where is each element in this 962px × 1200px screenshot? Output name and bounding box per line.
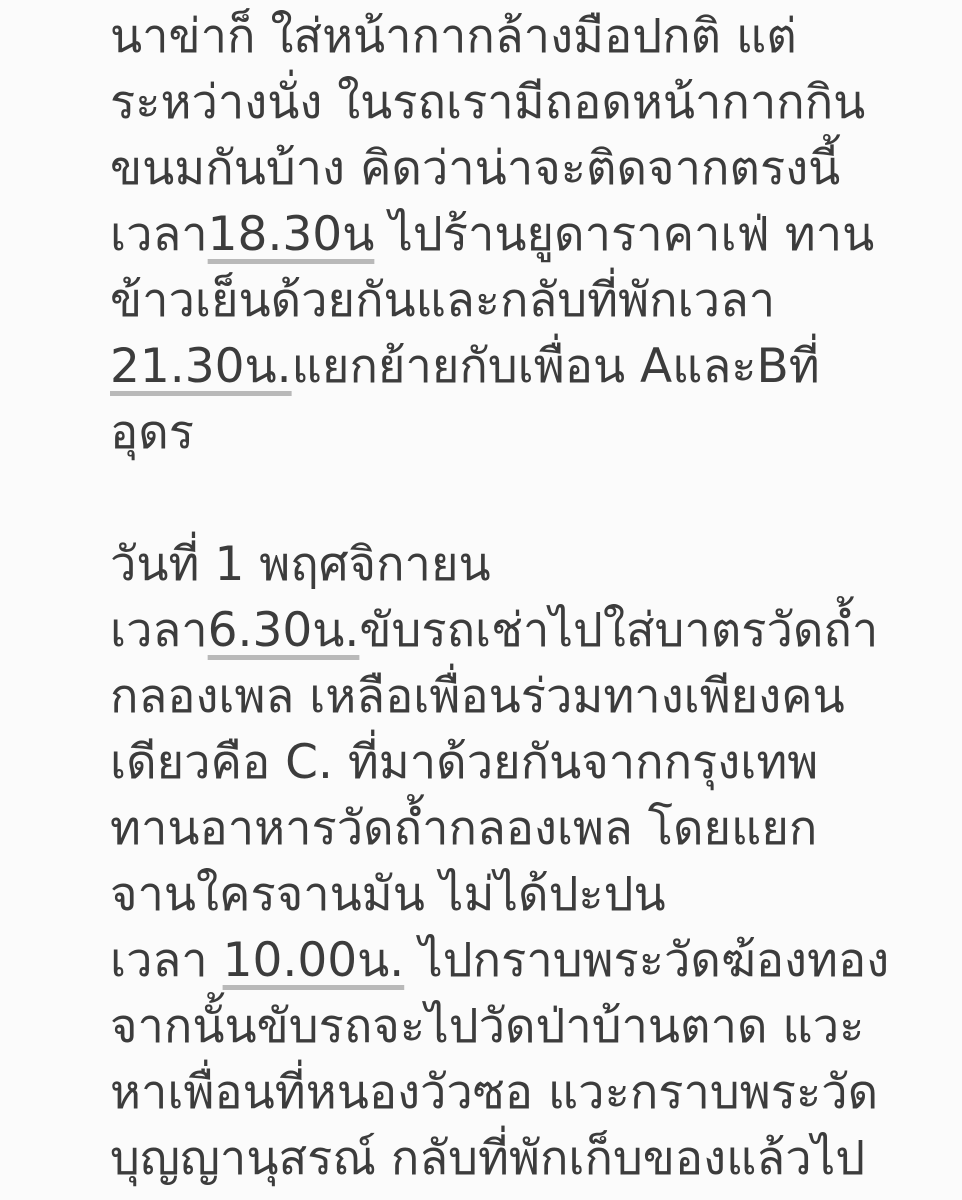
note-line: ทานอาหารวัดถ้ำกลองเพล โดยแยก bbox=[110, 796, 962, 862]
note-screenshot: นาข่าก็ ใส่หน้ากากล้างมือปกติ แต่ระหว่าง… bbox=[0, 0, 962, 1200]
note-text: ไปร้านยูดาราคาเฟ่ ทาน bbox=[374, 207, 874, 262]
detected-time-link[interactable]: 6.30น. bbox=[208, 603, 360, 658]
note-text: วันที่ 1 พฤศจิกายน bbox=[110, 537, 491, 592]
note-text: อุดร bbox=[110, 405, 194, 460]
note-text: นาข่าก็ ใส่หน้ากากล้างมือปกติ แต่ bbox=[110, 9, 797, 64]
note-text: ข้าวเย็นด้วยกันและกลับที่พักเวลา bbox=[110, 273, 775, 328]
detected-time-link[interactable]: 10.00น. bbox=[223, 933, 405, 988]
note-text: บุญญานุสรณ์ กลับที่พักเก็บของแล้วไป bbox=[110, 1131, 865, 1186]
note-line: บุญญานุสรณ์ กลับที่พักเก็บของแล้วไป bbox=[110, 1126, 962, 1192]
note-text: เวลา bbox=[110, 603, 208, 658]
note-body: นาข่าก็ ใส่หน้ากากล้างมือปกติ แต่ระหว่าง… bbox=[110, 4, 962, 1192]
detected-time-link[interactable]: 18.30น bbox=[208, 207, 375, 262]
note-line: ระหว่างนั่ง ในรถเรามีถอดหน้ากากกิน bbox=[110, 70, 962, 136]
note-line: นาข่าก็ ใส่หน้ากากล้างมือปกติ แต่ bbox=[110, 4, 962, 70]
note-blank-line bbox=[110, 466, 962, 532]
note-text: หาเพื่อนที่หนองวัวซอ แวะกราบพระวัด bbox=[110, 1065, 878, 1120]
note-text: ขับรถเช่าไปใส่บาตรวัดถ้ำ bbox=[359, 603, 878, 658]
note-text: ทานอาหารวัดถ้ำกลองเพล โดยแยก bbox=[110, 801, 817, 856]
note-text: เวลา bbox=[110, 207, 208, 262]
note-text: ขนมกันบ้าง คิดว่าน่าจะติดจากตรงนี้ bbox=[110, 141, 840, 196]
note-line: วันที่ 1 พฤศจิกายน bbox=[110, 532, 962, 598]
note-line: จานใครจานมัน ไม่ได้ปะปน bbox=[110, 862, 962, 928]
note-line: 21.30น.แยกย้ายกับเพื่อน AและBที่ bbox=[110, 334, 962, 400]
note-text: ระหว่างนั่ง ในรถเรามีถอดหน้ากากกิน bbox=[110, 75, 865, 130]
note-line: กลองเพล เหลือเพื่อนร่วมทางเพียงคน bbox=[110, 664, 962, 730]
detected-time-link[interactable]: 21.30น. bbox=[110, 339, 292, 394]
note-line: หาเพื่อนที่หนองวัวซอ แวะกราบพระวัด bbox=[110, 1060, 962, 1126]
note-text: จากนั้นขับรถจะไปวัดป่าบ้านตาด แวะ bbox=[110, 999, 864, 1054]
note-line: จากนั้นขับรถจะไปวัดป่าบ้านตาด แวะ bbox=[110, 994, 962, 1060]
note-line: ขนมกันบ้าง คิดว่าน่าจะติดจากตรงนี้ bbox=[110, 136, 962, 202]
note-line: เวลา6.30น.ขับรถเช่าไปใส่บาตรวัดถ้ำ bbox=[110, 598, 962, 664]
note-line: เวลา18.30น ไปร้านยูดาราคาเฟ่ ทาน bbox=[110, 202, 962, 268]
note-line: เดียวคือ C. ที่มาด้วยกันจากกรุงเทพ bbox=[110, 730, 962, 796]
note-text: จานใครจานมัน ไม่ได้ปะปน bbox=[110, 867, 666, 922]
note-text: เวลา bbox=[110, 933, 223, 988]
note-line: เวลา 10.00น. ไปกราบพระวัดฆ้องทอง bbox=[110, 928, 962, 994]
note-text: กลองเพล เหลือเพื่อนร่วมทางเพียงคน bbox=[110, 669, 845, 724]
note-text: เดียวคือ C. ที่มาด้วยกันจากกรุงเทพ bbox=[110, 735, 818, 790]
note-line: ข้าวเย็นด้วยกันและกลับที่พักเวลา bbox=[110, 268, 962, 334]
note-text: แยกย้ายกับเพื่อน AและBที่ bbox=[292, 339, 820, 394]
note-line: อุดร bbox=[110, 400, 962, 466]
note-text: ไปกราบพระวัดฆ้องทอง bbox=[404, 933, 889, 988]
